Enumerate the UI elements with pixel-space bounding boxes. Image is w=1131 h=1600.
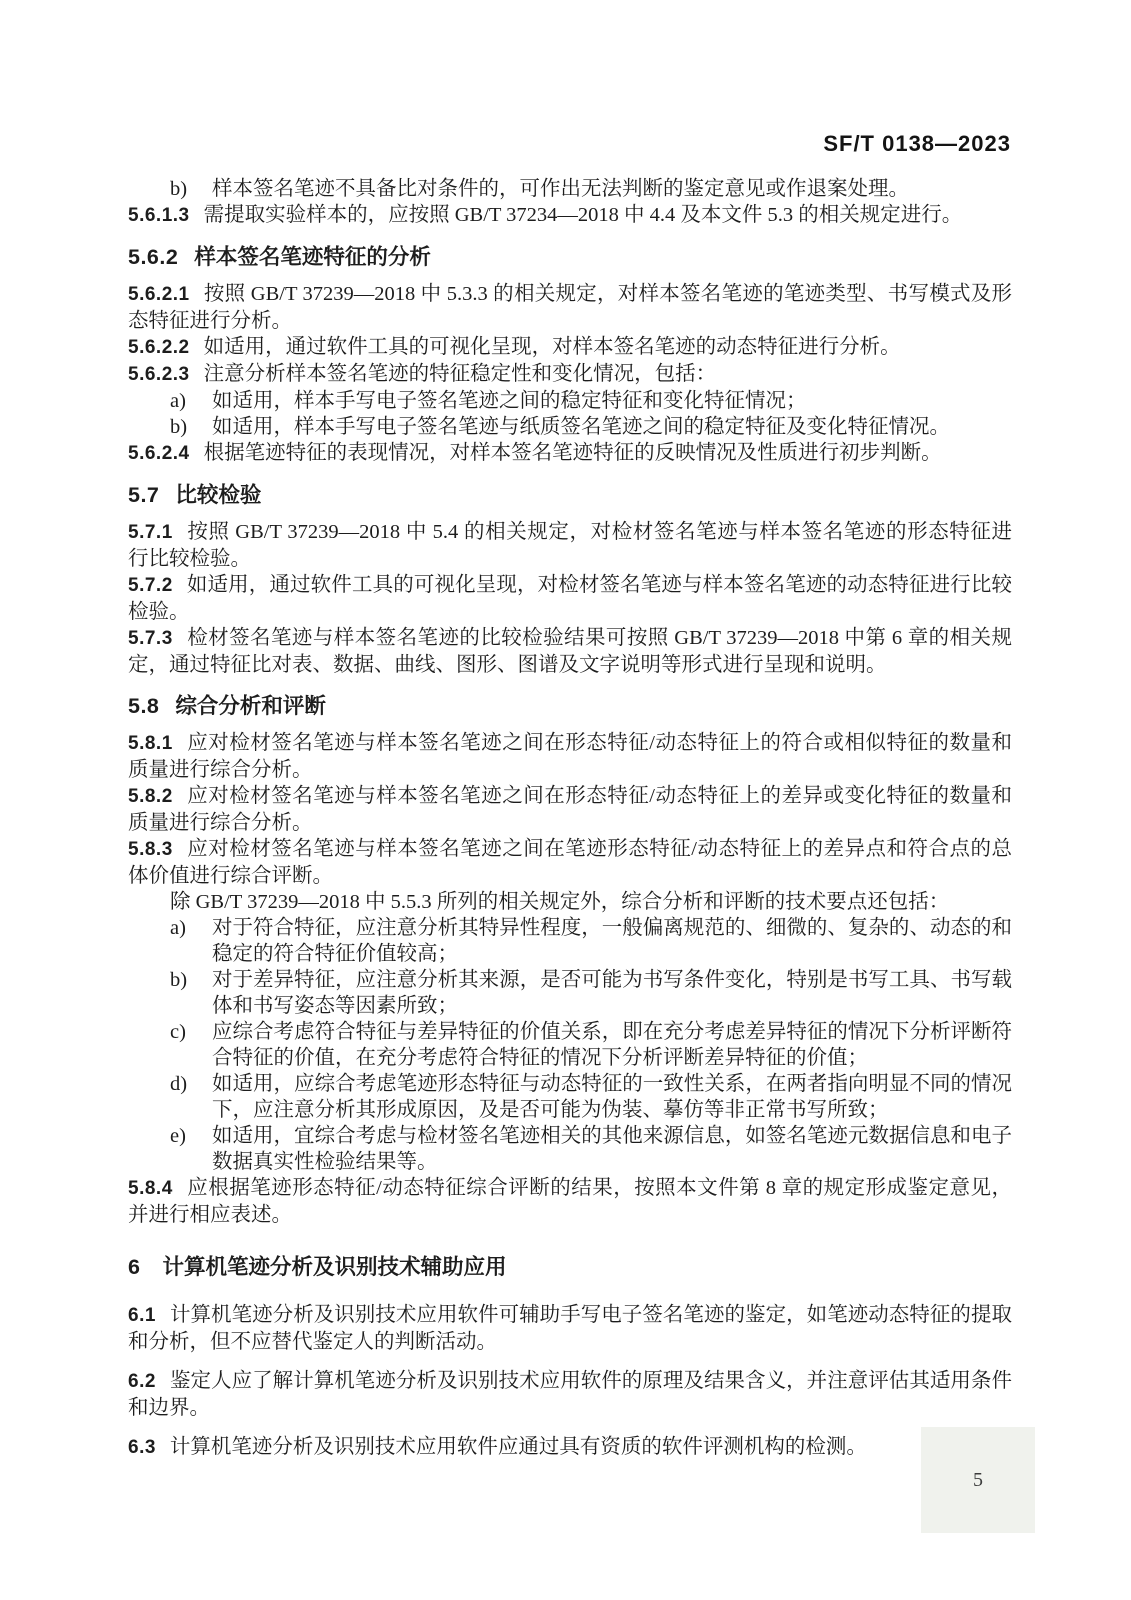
- list-item-text: 如适用，宜综合考虑与检材签名笔迹相关的其他来源信息，如签名笔迹元数据信息和电子数…: [212, 1123, 1012, 1175]
- clause-text: 应对检材签名笔迹与样本签名笔迹之间在形态特征/动态特征上的符合或相似特征的数量和…: [128, 732, 1012, 781]
- paragraph-text: 除 GB/T 37239—2018 中 5.5.3 所列的相关规定外，综合分析和…: [170, 891, 949, 913]
- clause-text: 注意分析样本签名笔迹的特征稳定性和变化情况，包括：: [204, 363, 717, 385]
- clause-5-8-2: 5.8.2应对检材签名笔迹与样本签名笔迹之间在形态特征/动态特征上的差异或变化特…: [128, 783, 1012, 836]
- heading-text: 样本签名笔迹特征的分析: [194, 245, 431, 269]
- clause-text: 计算机笔迹分析及识别技术应用软件可辅助手写电子签名笔迹的鉴定，如笔迹动态特征的提…: [128, 1304, 1012, 1353]
- heading-number: 6: [128, 1255, 140, 1279]
- heading-number: 5.7: [128, 483, 159, 507]
- clause-text: 鉴定人应了解计算机笔迹分析及识别技术应用软件的原理及结果含义，并注意评估其适用条…: [128, 1370, 1012, 1419]
- list-marker: b): [170, 414, 212, 440]
- page-number: 5: [973, 1469, 983, 1492]
- clause-text: 应根据笔迹形态特征/动态特征综合评断的结果，按照本文件第 8 章的规定形成鉴定意…: [128, 1177, 1012, 1226]
- clause-text: 需提取实验样本的，应按照 GB/T 37234—2018 中 4.4 及本文件 …: [204, 204, 963, 226]
- clause-6-2: 6.2鉴定人应了解计算机笔迹分析及识别技术应用软件的原理及结果含义，并注意评估其…: [128, 1368, 1012, 1421]
- list-marker: e): [170, 1123, 212, 1175]
- section-heading-5-6-2: 5.6.2样本签名笔迹特征的分析: [128, 244, 1012, 270]
- list-item: b) 如适用，样本手写电子签名笔迹与纸质签名笔迹之间的稳定特征及变化特征情况。: [128, 414, 1012, 440]
- list-item: a) 对于符合特征，应注意分析其特异性程度，一般偏离规范的、细微的、复杂的、动态…: [128, 915, 1012, 967]
- clause-5-6-2-3: 5.6.2.3注意分析样本签名笔迹的特征稳定性和变化情况，包括：: [128, 361, 1012, 388]
- clause-number: 5.6.2.4: [128, 443, 190, 464]
- list-marker: b): [170, 967, 212, 1019]
- clause-number: 5.8.1: [128, 733, 173, 754]
- clause-text: 按照 GB/T 37239—2018 中 5.4 的相关规定，对检材签名笔迹与样…: [128, 521, 1012, 570]
- clause-5-8-3: 5.8.3应对检材签名笔迹与样本签名笔迹之间在笔迹形态特征/动态特征上的差异点和…: [128, 836, 1012, 889]
- list-item-text: 如适用，应综合考虑笔迹形态特征与动态特征的一致性关系，在两者指向明显不同的情况下…: [212, 1071, 1012, 1123]
- list-marker: c): [170, 1019, 212, 1071]
- list-item: e) 如适用，宜综合考虑与检材签名笔迹相关的其他来源信息，如签名笔迹元数据信息和…: [128, 1123, 1012, 1175]
- clause-text: 应对检材签名笔迹与样本签名笔迹之间在形态特征/动态特征上的差异或变化特征的数量和…: [128, 785, 1012, 834]
- clause-text: 检材签名笔迹与样本签名笔迹的比较检验结果可按照 GB/T 37239—2018 …: [128, 627, 1012, 676]
- heading-number: 5.8: [128, 694, 159, 718]
- clause-text: 根据笔迹特征的表现情况，对样本签名笔迹特征的反映情况及性质进行初步判断。: [204, 442, 942, 464]
- clause-number: 5.6.2.2: [128, 337, 190, 358]
- section-heading-5-7: 5.7比较检验: [128, 482, 1012, 508]
- clause-5-8-1: 5.8.1应对检材签名笔迹与样本签名笔迹之间在形态特征/动态特征上的符合或相似特…: [128, 730, 1012, 783]
- clause-6-1: 6.1计算机笔迹分析及识别技术应用软件可辅助手写电子签名笔迹的鉴定，如笔迹动态特…: [128, 1302, 1012, 1355]
- clause-5-8-4: 5.8.4应根据笔迹形态特征/动态特征综合评断的结果，按照本文件第 8 章的规定…: [128, 1175, 1012, 1228]
- clause-5-7-2: 5.7.2如适用，通过软件工具的可视化呈现，对检材签名笔迹与样本签名笔迹的动态特…: [128, 572, 1012, 625]
- clause-number: 5.6.2.3: [128, 364, 190, 385]
- list-marker: d): [170, 1071, 212, 1123]
- clause-5-6-2-1: 5.6.2.1按照 GB/T 37239—2018 中 5.3.3 的相关规定，…: [128, 281, 1012, 334]
- list-item: b) 样本签名笔迹不具备比对条件的，可作出无法判断的鉴定意见或作退案处理。: [128, 176, 1012, 202]
- heading-text: 计算机笔迹分析及识别技术辅助应用: [162, 1255, 506, 1279]
- clause-text: 应对检材签名笔迹与样本签名笔迹之间在笔迹形态特征/动态特征上的差异点和符合点的总…: [128, 838, 1012, 887]
- clause-number: 5.8.3: [128, 839, 173, 860]
- clause-5-6-2-4: 5.6.2.4根据笔迹特征的表现情况，对样本签名笔迹特征的反映情况及性质进行初步…: [128, 440, 1012, 467]
- list-marker: a): [170, 388, 212, 414]
- clause-5-7-3: 5.7.3检材签名笔迹与样本签名笔迹的比较检验结果可按照 GB/T 37239—…: [128, 625, 1012, 678]
- document-body: b) 样本签名笔迹不具备比对条件的，可作出无法判断的鉴定意见或作退案处理。 5.…: [128, 176, 1012, 1474]
- page-header: SF/T 0138—2023: [823, 131, 1011, 157]
- clause-text: 如适用，通过软件工具的可视化呈现，对样本签名笔迹的动态特征进行分析。: [204, 336, 901, 358]
- clause-5-6-2-2: 5.6.2.2如适用，通过软件工具的可视化呈现，对样本签名笔迹的动态特征进行分析…: [128, 334, 1012, 361]
- clause-5-7-1: 5.7.1按照 GB/T 37239—2018 中 5.4 的相关规定，对检材签…: [128, 519, 1012, 572]
- clause-number: 6.1: [128, 1305, 156, 1326]
- page-number-area: 5: [921, 1427, 1035, 1533]
- heading-number: 5.6.2: [128, 245, 178, 269]
- chapter-heading-6: 6计算机笔迹分析及识别技术辅助应用: [128, 1254, 1012, 1280]
- standard-code: SF/T 0138—2023: [823, 131, 1011, 156]
- list-item-text: 样本签名笔迹不具备比对条件的，可作出无法判断的鉴定意见或作退案处理。: [212, 176, 1012, 202]
- document-page: SF/T 0138—2023 b) 样本签名笔迹不具备比对条件的，可作出无法判断…: [0, 0, 1131, 1600]
- heading-text: 比较检验: [175, 483, 261, 507]
- clause-number: 5.6.2.1: [128, 284, 190, 305]
- note-paragraph: 除 GB/T 37239—2018 中 5.5.3 所列的相关规定外，综合分析和…: [128, 889, 1012, 915]
- list-item: a) 如适用，样本手写电子签名笔迹之间的稳定特征和变化特征情况；: [128, 388, 1012, 414]
- list-item-text: 应综合考虑符合特征与差异特征的价值关系，即在充分考虑差异特征的情况下分析评断符合…: [212, 1019, 1012, 1071]
- clause-text: 计算机笔迹分析及识别技术应用软件应通过具有资质的软件评测机构的检测。: [170, 1436, 867, 1458]
- list-item-text: 对于差异特征，应注意分析其来源，是否可能为书写条件变化，特别是书写工具、书写载体…: [212, 967, 1012, 1019]
- clause-number: 5.6.1.3: [128, 205, 190, 226]
- section-heading-5-8: 5.8综合分析和评断: [128, 693, 1012, 719]
- clause-number: 5.8.4: [128, 1178, 173, 1199]
- list-marker: a): [170, 915, 212, 967]
- clause-number: 5.7.2: [128, 575, 173, 596]
- list-item-text: 如适用，样本手写电子签名笔迹之间的稳定特征和变化特征情况；: [212, 388, 1012, 414]
- list-item: c) 应综合考虑符合特征与差异特征的价值关系，即在充分考虑差异特征的情况下分析评…: [128, 1019, 1012, 1071]
- clause-text: 按照 GB/T 37239—2018 中 5.3.3 的相关规定，对样本签名笔迹…: [128, 283, 1012, 332]
- clause-6-3: 6.3计算机笔迹分析及识别技术应用软件应通过具有资质的软件评测机构的检测。: [128, 1434, 1012, 1461]
- list-marker: b): [170, 176, 212, 202]
- clause-number: 6.2: [128, 1371, 156, 1392]
- heading-text: 综合分析和评断: [175, 694, 326, 718]
- list-item-text: 如适用，样本手写电子签名笔迹与纸质签名笔迹之间的稳定特征及变化特征情况。: [212, 414, 1012, 440]
- clause-text: 如适用，通过软件工具的可视化呈现，对检材签名笔迹与样本签名笔迹的动态特征进行比较…: [128, 574, 1012, 623]
- list-item: d) 如适用，应综合考虑笔迹形态特征与动态特征的一致性关系，在两者指向明显不同的…: [128, 1071, 1012, 1123]
- clause-5-6-1-3: 5.6.1.3需提取实验样本的，应按照 GB/T 37234—2018 中 4.…: [128, 202, 1012, 229]
- clause-number: 6.3: [128, 1437, 156, 1458]
- list-item-text: 对于符合特征，应注意分析其特异性程度，一般偏离规范的、细微的、复杂的、动态的和稳…: [212, 915, 1012, 967]
- clause-number: 5.8.2: [128, 786, 173, 807]
- list-item: b) 对于差异特征，应注意分析其来源，是否可能为书写条件变化，特别是书写工具、书…: [128, 967, 1012, 1019]
- clause-number: 5.7.1: [128, 522, 173, 543]
- clause-number: 5.7.3: [128, 628, 173, 649]
